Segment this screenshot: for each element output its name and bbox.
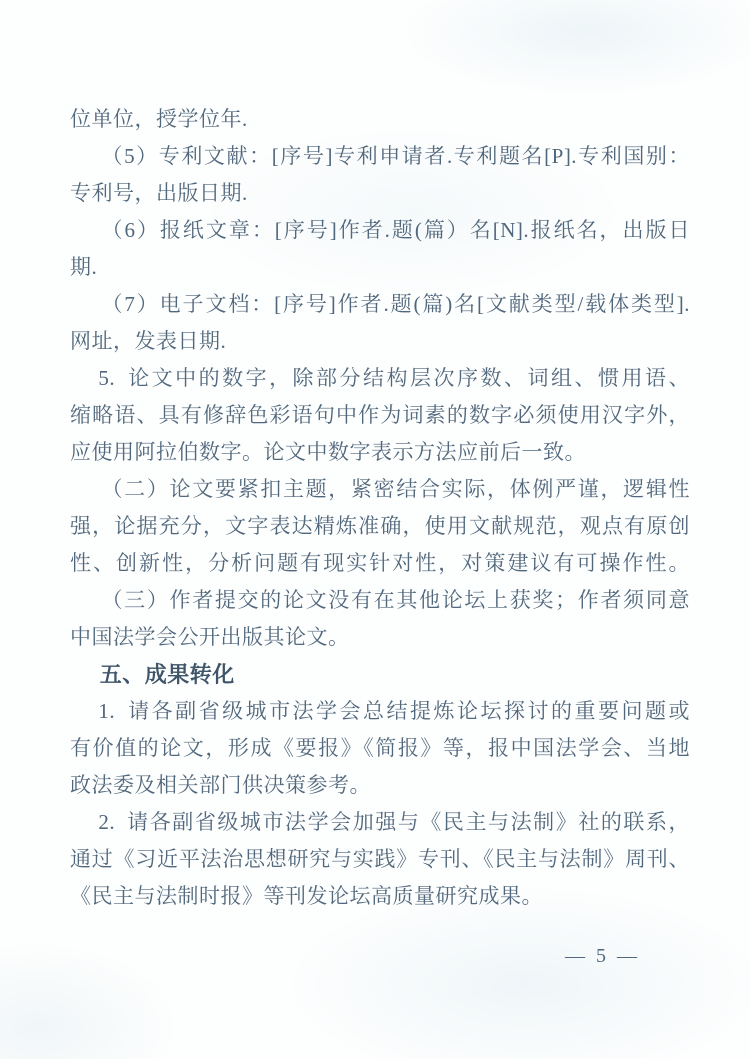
body-line: 强，论据充分，文字表达精炼准确，使用文献规范，观点有原创	[70, 508, 690, 545]
body-line: 2. 请各副省级城市法学会加强与《民主与法制》社的联系，	[70, 804, 690, 841]
body-line: 应使用阿拉伯数字。论文中数字表示方法应前后一致。	[70, 434, 690, 471]
body-line: （5）专利文献：[序号]专利申请者.专利题名[P].专利国别：	[70, 138, 690, 175]
body-line: 政法委及相关部门供决策参考。	[70, 767, 690, 804]
section-heading: 五、成果转化	[70, 656, 690, 693]
body-line: （7）电子文档：[序号]作者.题(篇)名[文献类型/载体类型].	[70, 286, 690, 323]
body-line: 《民主与法制时报》等刊发论坛高质量研究成果。	[70, 878, 690, 915]
body-line: 中国法学会公开出版其论文。	[70, 619, 690, 656]
body-line: 专利号，出版日期.	[70, 175, 690, 212]
document-body: 位单位，授学位年. （5）专利文献：[序号]专利申请者.专利题名[P].专利国别…	[70, 101, 690, 915]
body-line: （二）论文要紧扣主题，紧密结合实际，体例严谨，逻辑性	[70, 471, 690, 508]
body-line: 1. 请各副省级城市法学会总结提炼论坛探讨的重要问题或	[70, 693, 690, 730]
body-line: 有价值的论文，形成《要报》《简报》等，报中国法学会、当地	[70, 730, 690, 767]
body-line: 期.	[70, 249, 690, 286]
body-line: 位单位，授学位年.	[70, 101, 690, 138]
body-line: 通过《习近平法治思想研究与实践》专刊、《民主与法制》周刊、	[70, 841, 690, 878]
body-line: 性、创新性，分析问题有现实针对性，对策建议有可操作性。	[70, 545, 690, 582]
body-line: 网址，发表日期.	[70, 323, 690, 360]
body-line: 5. 论文中的数字，除部分结构层次序数、词组、惯用语、	[70, 360, 690, 397]
body-line: （6）报纸文章：[序号]作者.题(篇）名[N].报纸名，出版日	[70, 212, 690, 249]
body-line: 缩略语、具有修辞色彩语句中作为词素的数字必须使用汉字外，	[70, 397, 690, 434]
page-number: — 5 —	[70, 945, 640, 968]
body-line: （三）作者提交的论文没有在其他论坛上获奖；作者须同意	[70, 582, 690, 619]
